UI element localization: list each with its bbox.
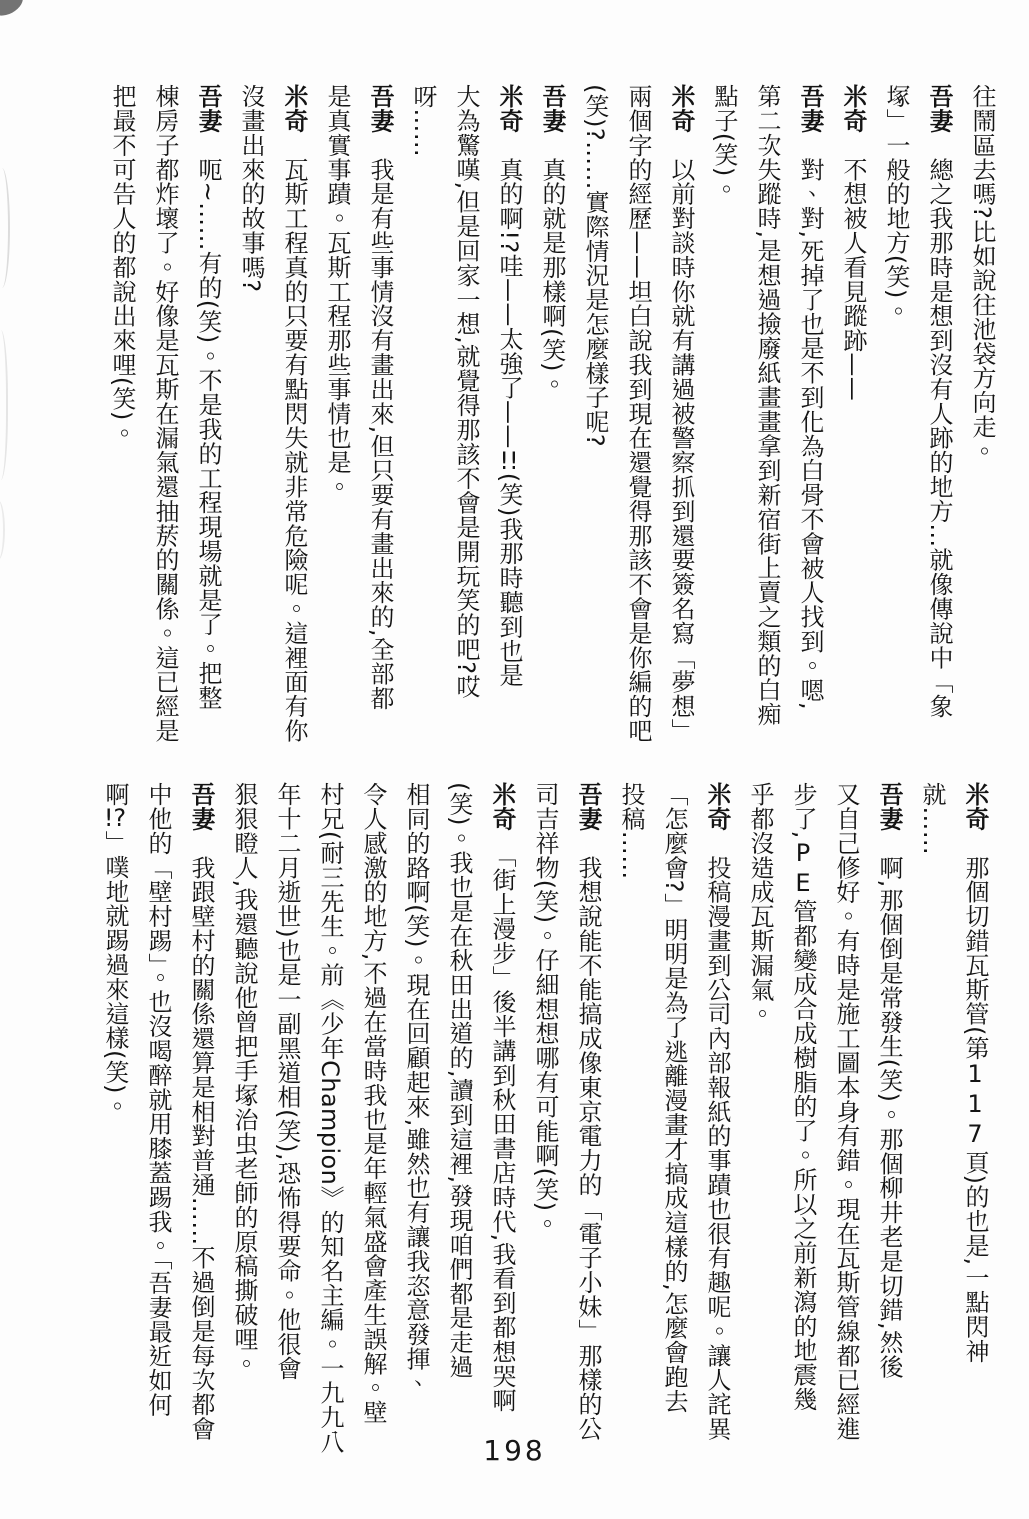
text-column: 點子(笑)。 xyxy=(702,84,745,746)
text-run: 乎都沒造成瓦斯漏氣。 xyxy=(746,782,774,1026)
speaker-name: 吾妻 xyxy=(187,782,215,831)
text-run: 點子(笑)。 xyxy=(710,84,738,201)
text-run: 塚」一般的地方(笑)。 xyxy=(882,84,910,323)
text-column: 又自己修好。有時是施工圖本身有錯。現在瓦斯管線都已經進 xyxy=(824,782,867,1444)
text-run: 呀…… xyxy=(409,84,437,157)
text-column: (笑)?……實際情況是怎麼樣子呢? xyxy=(573,84,616,746)
text-run: 狠狠瞪人,我還聽說他曾把手塚治虫老師的原稿撕破哩。 xyxy=(230,782,258,1376)
text-column: 乎都沒造成瓦斯漏氣。 xyxy=(738,782,781,1444)
text-column: 沒畫出來的故事嗎? xyxy=(229,84,272,746)
text-run: (笑)。我也是在秋田出道的,讀到這裡,發現咱們都是走過 xyxy=(445,782,473,1379)
text-run: (笑)我那時聽到也是 xyxy=(495,473,523,688)
text-run: (笑)?……實際情況是怎麼樣子呢? xyxy=(581,84,609,447)
text-column: 吾妻 真的就是那樣啊(笑)。 xyxy=(530,84,573,746)
text-run: 又自己修好。有時是施工圖本身有錯。現在瓦斯管線都已經進 xyxy=(832,782,860,1441)
text-run: 不想被人看見蹤跡—— xyxy=(839,133,867,401)
book-page: 往鬧區去嗎?比如說往池袋方向走。吾妻 總之我那時是想到沒有人跡的地方…就像傳說中… xyxy=(0,0,1029,1519)
text-run: 把最不可告人的都說出來哩(笑)。 xyxy=(108,84,136,445)
text-column: 吾妻 我想說能不能搞成像東京電力的「電子小妹」那樣的公 xyxy=(566,782,609,1444)
scan-artifact xyxy=(0,0,27,21)
text-run: 投稿漫畫到公司內部報紙的事蹟也很有趣呢。讓人詫異 xyxy=(703,831,731,1441)
text-column: 往鬧區去嗎?比如說往池袋方向走。 xyxy=(960,84,1003,746)
text-run: 棟房子都炸壞了。好像是瓦斯在漏氣還抽菸的關係。這已經是 xyxy=(151,84,179,743)
speaker-name: 米奇 xyxy=(667,84,695,133)
text-run: 令人感激的地方,不過在當時我也是年輕氣盛會產生誤解。壁 xyxy=(359,782,387,1424)
text-column: 米奇 「街上漫步」後半講到秋田書店時代,我看到都想哭啊 xyxy=(480,782,523,1444)
text-run: 兩個字的經歷——坦白說我到現在還覺得那該不會是你編的吧 xyxy=(624,84,652,743)
page-number: 198 xyxy=(0,1434,1029,1467)
text-run: 那個切錯瓦斯管(第 xyxy=(961,831,989,1060)
text-column: 大為驚嘆,但是回家一想,就覺得那該不會是開玩笑的吧?哎 xyxy=(444,84,487,746)
speaker-name: 米奇 xyxy=(280,84,308,133)
text-column: 相同的路啊(笑)。現在回顧起來,雖然也有讓我恣意發揮、 xyxy=(394,782,437,1444)
text-run: 「街上漫步」後半講到秋田書店時代,我看到都想哭啊 xyxy=(488,831,516,1413)
text-block-bottom: 米奇 那個切錯瓦斯管(第117頁)的也是,一點閃神就……吾妻 啊,那個倒是常發生… xyxy=(93,782,996,1444)
text-column: 年十二月逝世)也是一副黑道相(笑),恐怖得要命。他很會 xyxy=(265,782,308,1444)
text-run: 瓦斯工程真的只要有點閃失就非常危險呢。這裡面有你 xyxy=(280,133,308,743)
text-run: 沒畫出來的故事嗎? xyxy=(237,84,265,292)
text-column: 就…… xyxy=(910,782,953,1444)
text-column: 啊!?」噗地就踢過來這樣(笑)。 xyxy=(93,782,136,1444)
text-run: 投稿…… xyxy=(617,782,645,880)
speaker-name: 吾妻 xyxy=(574,782,602,831)
text-column: 步了,PE管都變成合成樹脂的了。所以之前新瀉的地震幾 xyxy=(781,782,824,1444)
text-column: (笑)。我也是在秋田出道的,讀到這裡,發現咱們都是走過 xyxy=(437,782,480,1444)
text-run: 》的知名主編。一九九八 xyxy=(316,1185,344,1453)
text-run: 年十二月逝世)也是一副黑道相(笑),恐怖得要命。他很會 xyxy=(273,782,301,1381)
text-run: 」噗地就踢過來這樣(笑)。 xyxy=(101,830,129,1118)
text-run: 村兄(耐三先生。前《少年 xyxy=(316,782,344,1060)
text-run: 真的就是那樣啊(笑)。 xyxy=(538,133,566,397)
text-block-top: 往鬧區去嗎?比如說往池袋方向走。吾妻 總之我那時是想到沒有人跡的地方…就像傳說中… xyxy=(100,84,1003,746)
text-run: 「怎麼會?」明明是為了逃離漫畫才搞成這樣的,怎麼會跑去 xyxy=(660,782,688,1413)
text-run: 是真實事蹟。瓦斯工程那些事情也是。 xyxy=(323,84,351,499)
text-run: 總之我那時是想到沒有人跡的地方…就像傳說中「象 xyxy=(925,133,953,719)
tatechuyoko-run: !? xyxy=(101,806,129,830)
text-run: 啊 xyxy=(101,782,129,806)
text-column: 令人感激的地方,不過在當時我也是年輕氣盛會產生誤解。壁 xyxy=(351,782,394,1444)
text-run: Champion xyxy=(316,1060,344,1185)
text-column: 吾妻 呃~……有的(笑)。不是我的工程現場就是了。把整 xyxy=(186,84,229,746)
text-column: 狠狠瞪人,我還聽說他曾把手塚治虫老師的原稿撕破哩。 xyxy=(222,782,265,1444)
text-column: 是真實事蹟。瓦斯工程那些事情也是。 xyxy=(315,84,358,746)
text-column: 吾妻 我是有些事情沒有畫出來,但只要有畫出來的,全部都 xyxy=(358,84,401,746)
text-column: 米奇 投稿漫畫到公司內部報紙的事蹟也很有趣呢。讓人詫異 xyxy=(695,782,738,1444)
upright-latin-run: PE xyxy=(789,839,817,899)
text-run: 相同的路啊(笑)。現在回顧起來,雖然也有讓我恣意發揮、 xyxy=(402,782,430,1395)
text-run: 大為驚嘆,但是回家一想,就覺得那該不會是開玩笑的吧?哎 xyxy=(452,84,480,699)
speaker-name: 吾妻 xyxy=(796,84,824,133)
text-column: 呀…… xyxy=(401,84,444,746)
speaker-name: 米奇 xyxy=(495,84,523,133)
text-column: 吾妻 總之我那時是想到沒有人跡的地方…就像傳說中「象 xyxy=(917,84,960,746)
text-run: 呃~……有的(笑)。不是我的工程現場就是了。把整 xyxy=(194,133,222,710)
scan-artifact xyxy=(0,500,5,560)
scan-artifact xyxy=(0,330,8,480)
speaker-name: 吾妻 xyxy=(875,782,903,831)
text-column: 吾妻 我跟壁村的關係還算是相對普通……不過倒是每次都會 xyxy=(179,782,222,1444)
text-column: 米奇 瓦斯工程真的只要有點閃失就非常危險呢。這裡面有你 xyxy=(272,84,315,746)
text-run: 啊,那個倒是常發生(笑)。那個柳井老是切錯,然後 xyxy=(875,831,903,1379)
scan-artifact xyxy=(0,168,10,288)
text-run: 往鬧區去嗎?比如說往池袋方向走。 xyxy=(968,84,996,463)
text-column: 中他的「壁村踢」。也沒喝醉就用膝蓋踢我。「吾妻最近如何 xyxy=(136,782,179,1444)
speaker-name: 米奇 xyxy=(703,782,731,831)
text-run: 第二次失蹤時,是想過撿廢紙畫畫拿到新宿街上賣之類的白痴 xyxy=(753,84,781,726)
speaker-name: 米奇 xyxy=(839,84,867,133)
text-run: 我是有些事情沒有畫出來,但只要有畫出來的,全部都 xyxy=(366,133,394,710)
text-run: 對、對,死掉了也是不到化為白骨不會被人找到。嗯, xyxy=(796,133,824,710)
text-column: 司吉祥物(笑)。仔細想想哪有可能啊(笑)。 xyxy=(523,782,566,1444)
text-run: 中他的「壁村踢」。也沒喝醉就用膝蓋踢我。「吾妻最近如何 xyxy=(144,782,172,1417)
text-column: 吾妻 啊,那個倒是常發生(笑)。那個柳井老是切錯,然後 xyxy=(867,782,910,1444)
speaker-name: 米奇 xyxy=(961,782,989,831)
text-column: 「怎麼會?」明明是為了逃離漫畫才搞成這樣的,怎麼會跑去 xyxy=(652,782,695,1444)
text-column: 兩個字的經歷——坦白說我到現在還覺得那該不會是你編的吧 xyxy=(616,84,659,746)
text-run: 管都變成合成樹脂的了。所以之前新瀉的地震幾 xyxy=(789,899,817,1411)
text-column: 棟房子都炸壞了。好像是瓦斯在漏氣還抽菸的關係。這已經是 xyxy=(143,84,186,746)
text-run: 真的啊!?哇——太強了—— xyxy=(495,133,523,449)
speaker-name: 吾妻 xyxy=(925,84,953,133)
text-run: 就…… xyxy=(918,782,946,855)
text-run: 我想說能不能搞成像東京電力的「電子小妹」那樣的公 xyxy=(574,831,602,1441)
text-column: 吾妻 對、對,死掉了也是不到化為白骨不會被人找到。嗯, xyxy=(788,84,831,746)
speaker-name: 米奇 xyxy=(488,782,516,831)
text-column: 塚」一般的地方(笑)。 xyxy=(874,84,917,746)
text-run: 司吉祥物(笑)。仔細想想哪有可能啊(笑)。 xyxy=(531,782,559,1236)
speaker-name: 吾妻 xyxy=(538,84,566,133)
text-column: 村兄(耐三先生。前《少年Champion》的知名主編。一九九八 xyxy=(308,782,351,1444)
text-run: 頁)的也是,一點閃神 xyxy=(961,1150,989,1363)
text-run: 以前對談時你就有講過被警察抓到還要簽名寫「夢想」 xyxy=(667,133,695,743)
text-column: 投稿…… xyxy=(609,782,652,1444)
text-column: 把最不可告人的都說出來哩(笑)。 xyxy=(100,84,143,746)
text-column: 米奇 以前對談時你就有講過被警察抓到還要簽名寫「夢想」 xyxy=(659,84,702,746)
text-column: 米奇 那個切錯瓦斯管(第117頁)的也是,一點閃神 xyxy=(953,782,996,1444)
speaker-name: 吾妻 xyxy=(194,84,222,133)
text-column: 米奇 真的啊!?哇——太強了——!!(笑)我那時聽到也是 xyxy=(487,84,530,746)
text-run: 步了, xyxy=(789,782,817,839)
text-column: 米奇 不想被人看見蹤跡—— xyxy=(831,84,874,746)
text-run: 我跟壁村的關係還算是相對普通……不過倒是每次都會 xyxy=(187,831,215,1441)
upright-latin-run: 117 xyxy=(961,1060,989,1150)
tatechuyoko-run: !! xyxy=(495,449,523,473)
speaker-name: 吾妻 xyxy=(366,84,394,133)
text-column: 第二次失蹤時,是想過撿廢紙畫畫拿到新宿街上賣之類的白痴 xyxy=(745,84,788,746)
